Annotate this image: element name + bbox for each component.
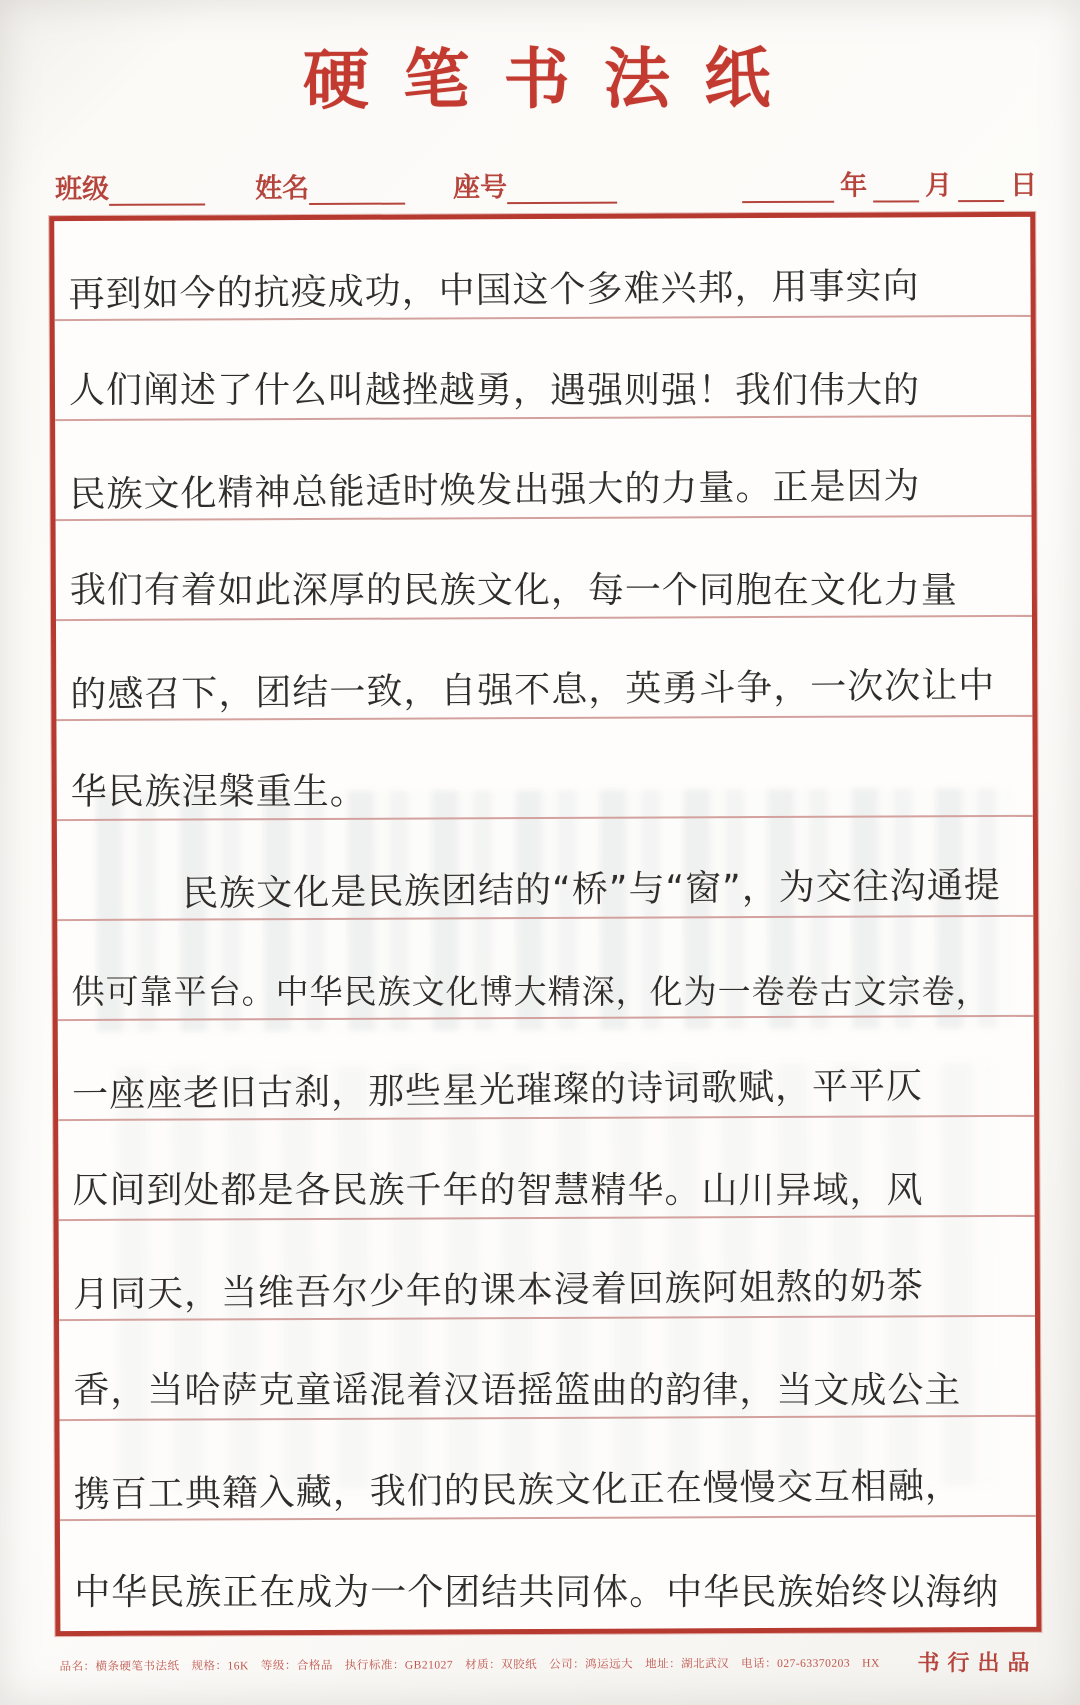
month-label: 月 [925, 163, 952, 202]
footer: 品名：横条硬笔书法纸 规格：16K 等级：合格品 执行标准：GB21027 材质… [59, 1646, 1037, 1681]
handwriting-line: 香，当哈萨克童谣混着汉语摇篮曲的韵律，当文成公主 [59, 1317, 1035, 1421]
seat-blank-line [507, 176, 617, 204]
header-fields: 班级 姓名 座号 年 月 日 [55, 163, 1037, 206]
handwriting-line: 的感召下，团结一致，自强不息，英勇斗争，一次次让中 [56, 617, 1032, 721]
handwriting-text: 华民族涅槃重生。 [71, 763, 367, 814]
class-blank-line [109, 177, 205, 205]
handwriting-line: 携百工典籍入藏，我们的民族文化正在慢慢交互相融， [59, 1417, 1035, 1521]
handwriting-text: 一座座老旧古刹，那些星光璀璨的诗词歌赋，平平仄 [72, 1058, 924, 1118]
handwriting-text: 民族文化精神总能适时焕发出强大的力量。正是因为 [69, 458, 921, 518]
handwriting-text: 人们阐述了什么叫越挫越勇，遇强则强！我们伟大的 [69, 362, 920, 413]
handwriting-line: 一座座老旧古刹，那些星光璀璨的诗词歌赋，平平仄 [58, 1017, 1034, 1121]
handwriting-text: 香，当哈萨克童谣混着汉语摇篮曲的韵律，当文成公主 [73, 1362, 961, 1413]
handwriting-line: 民族文化精神总能适时焕发出强大的力量。正是因为 [55, 417, 1031, 521]
calligraphy-sheet: 硬笔书法纸 班级 姓名 座号 年 月 日 再到如今的抗疫成功，中国这个多难兴邦，… [0, 0, 1080, 1705]
handwriting-line: 供可靠平台。中华民族文化博大精深，化为一卷卷古文宗卷， [57, 917, 1033, 1021]
seat-label: 座号 [453, 165, 507, 204]
name-label: 姓名 [255, 166, 309, 205]
handwriting-line: 我们有着如此深厚的民族文化，每一个同胞在文化力量 [56, 517, 1032, 621]
page-title: 硬笔书法纸 [0, 0, 1077, 123]
product-print-info: 品名：横条硬笔书法纸 规格：16K 等级：合格品 执行标准：GB21027 材质… [60, 1654, 894, 1674]
handwriting-line: 华民族涅槃重生。 [56, 717, 1032, 821]
year-blank-line [742, 175, 834, 203]
class-label: 班级 [55, 167, 109, 206]
year-label: 年 [840, 164, 867, 203]
handwriting-line: 中华民族正在成为一个团结共同体。中华民族始终以海纳 [60, 1517, 1036, 1621]
month-blank-line [873, 174, 919, 202]
handwriting-text: 携百工典籍入藏，我们的民族文化正在慢慢交互相融， [74, 1457, 963, 1517]
day-label: 日 [1010, 163, 1037, 202]
handwriting-line: 人们阐述了什么叫越挫越勇，遇强则强！我们伟大的 [55, 317, 1031, 421]
handwriting-text: 民族文化是民族团结的“桥”与“窗”，为交往沟通提 [71, 857, 1001, 918]
handwriting-line: 月同天，当维吾尔少年的课本浸着回族阿姐熬的奶茶 [59, 1217, 1035, 1321]
name-blank-line [309, 177, 405, 205]
handwriting-line: 再到如今的抗疫成功，中国这个多难兴邦，用事实向 [54, 217, 1030, 321]
handwriting-text: 供可靠平台。中华民族文化博大精深，化为一卷卷古文宗卷， [72, 966, 990, 1013]
date-fields: 年 月 日 [742, 163, 1037, 203]
handwriting-line: 民族文化是民族团结的“桥”与“窗”，为交往沟通提 [57, 817, 1033, 921]
writing-grid: 再到如今的抗疫成功，中国这个多难兴邦，用事实向 人们阐述了什么叫越挫越勇，遇强则… [49, 212, 1041, 1636]
sheet-content: 硬笔书法纸 班级 姓名 座号 年 月 日 再到如今的抗疫成功，中国这个多难兴邦，… [0, 0, 1080, 1705]
handwriting-text: 月同天，当维吾尔少年的课本浸着回族阿姐熬的奶茶 [73, 1258, 925, 1318]
handwriting-text: 仄间到处都是各民族千年的智慧精华。山川异域，风 [72, 1162, 923, 1213]
handwriting-text: 的感召下，团结一致，自强不息，英勇斗争，一次次让中 [70, 657, 995, 718]
publisher-label: 书行出品 [917, 1646, 1037, 1678]
handwriting-text: 中华民族正在成为一个团结共同体。中华民族始终以海纳 [74, 1564, 999, 1615]
handwriting-text: 再到如今的抗疫成功，中国这个多难兴邦，用事实向 [68, 258, 920, 318]
day-blank-line [958, 174, 1004, 202]
handwriting-text: 我们有着如此深厚的民族文化，每一个同胞在文化力量 [70, 562, 958, 613]
handwriting-line: 仄间到处都是各民族千年的智慧精华。山川异域，风 [58, 1117, 1034, 1221]
